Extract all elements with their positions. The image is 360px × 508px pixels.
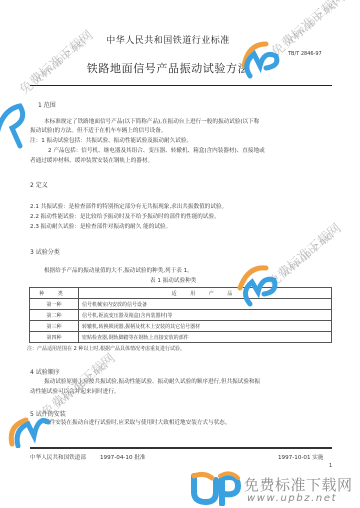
- table-row: 第四种 密贴检查器,钢轨脚踏等在钢轨上直接安放的部件: [30, 332, 332, 343]
- section-heading-2: 2 定义: [30, 180, 48, 189]
- up-logo-icon: [6, 408, 50, 448]
- issuer: 中华人民共和国铁道部: [30, 453, 86, 461]
- note: 注：1 振动试验包括：共振试验、振动性能试验及振动耐久试验。: [30, 137, 192, 146]
- table-cell: 信号机,扼流变压器及箱盒(含内装器材)等: [79, 310, 332, 321]
- definition: 2.2 振动性能试验：是比较给予振动时及不给予振动时的部件的性能的试验。: [30, 213, 220, 222]
- document-title-text: 铁路地面信号产品振动试验方法: [87, 62, 249, 75]
- section-heading-1: 1 范围: [38, 100, 56, 109]
- footer-rule: [30, 447, 332, 449]
- up-logo-icon: [0, 100, 30, 150]
- up-logo-icon: [238, 36, 284, 82]
- effective-date: 1997-10-01 实施: [278, 453, 323, 461]
- paragraph: 本标准规定了铁路地面信号产品(以下简称产品),在振动台上进行一般的振动试验(以下…: [44, 118, 259, 127]
- table-cell: 信号机械室内安放的信号设备: [79, 299, 332, 310]
- table-cell: 第一种: [30, 299, 79, 310]
- section-heading-4: 4 试验顺序: [30, 367, 60, 376]
- table-row: 第二种 信号机,扼流变压器及箱盒(含内装器材)等: [30, 310, 332, 321]
- section-heading-3: 3 试验分类: [30, 247, 60, 256]
- paragraph: 根据给予产品的振动量值的大不,振动试验的种类,列于表 1。: [44, 267, 193, 276]
- table-row: 第一种 信号机械室内安放的信号设备: [30, 299, 332, 310]
- table-cell: 密贴检查器,钢轨脚踏等在钢轨上直接安放的部件: [79, 332, 332, 343]
- table-cell: 第四种: [30, 332, 79, 343]
- definition: 2.3 振动耐久试验：是检查部件对振动的耐久 能的试验。: [30, 223, 171, 232]
- approval-date: 1997-04-10 批准: [100, 453, 145, 461]
- brand-name: 免费标准下载网: [244, 474, 353, 495]
- paragraph: 振动试验)的方法。但不适于在机车车辆上的信号设备。: [30, 127, 166, 136]
- table-cell: 第三种: [30, 321, 79, 332]
- table-cell: 转辙机,转换锁闭器,握柄及枕木上安装的其它信号器材: [79, 321, 332, 332]
- note: 2 产品包括：信号机、继电器及其组合、变压器、转辙机、箱盒(含内装器材)、直接地…: [48, 147, 265, 156]
- definition: 2.1 共振试验：是检查部件的特别指定部分有无共振现象,求出共振数值的试验。: [30, 203, 227, 212]
- header-rule: [30, 85, 332, 86]
- standard-category-text: 中华人民共和国铁道行业标准: [106, 36, 230, 46]
- standard-code: TB/T 2846-97: [288, 51, 322, 57]
- column-header-products: 适 用 产 品: [79, 288, 332, 299]
- table-header-row: 种 类 适 用 产 品: [30, 288, 332, 299]
- test-type-table: 种 类 适 用 产 品 第一种 信号机械室内安放的信号设备 第二种 信号机,扼流…: [29, 287, 332, 343]
- page-number: 1: [329, 463, 332, 469]
- table-cell: 第二种: [30, 310, 79, 321]
- note: 者通过缓冲材料、缓冲装置安装在钢轨上的器材。: [30, 157, 153, 166]
- paragraph: 试件安装在振动台进行试验时,应采取与使用时大致相近地安装方式与状态。: [44, 419, 230, 428]
- column-header-type: 种 类: [30, 288, 79, 299]
- up-logo-icon: [236, 262, 282, 308]
- brand-url: www.upbz.net: [247, 493, 337, 504]
- up-brand-logo-icon: [190, 470, 242, 506]
- table-caption: 表 1 振动试验种类: [150, 277, 196, 286]
- table-row: 第三种 转辙机,转换锁闭器,握柄及枕木上安装的其它信号器材: [30, 321, 332, 332]
